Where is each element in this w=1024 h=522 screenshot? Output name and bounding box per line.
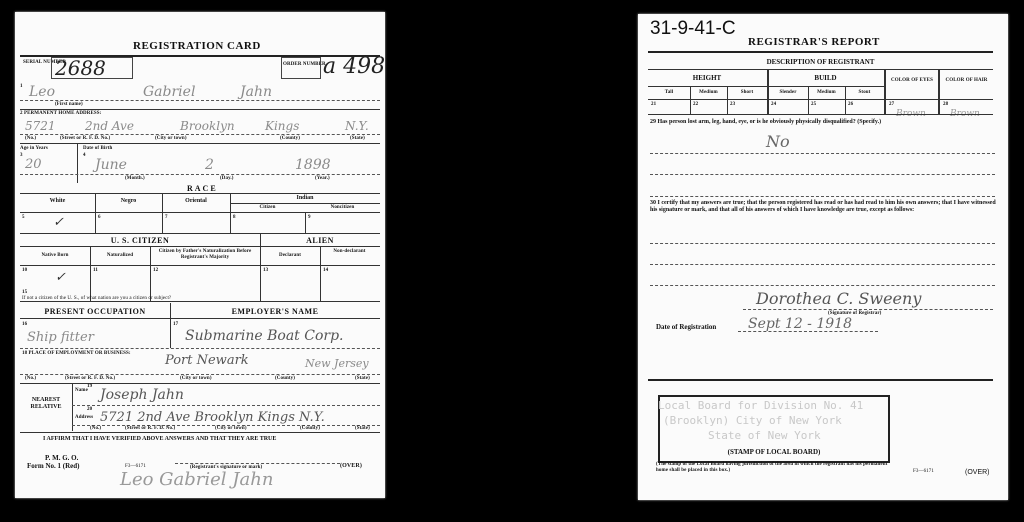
name-sublabel: (First name) bbox=[55, 102, 83, 107]
field-num: 9 bbox=[308, 215, 311, 220]
field-num: 17 bbox=[173, 322, 178, 327]
sublabel: (State) bbox=[355, 376, 370, 381]
build-col: Medium bbox=[808, 90, 845, 95]
nearest-relative-label: NEAREST RELATIVE bbox=[20, 397, 72, 411]
citizen-col: Naturalized bbox=[90, 253, 150, 258]
build-col: Stout bbox=[845, 90, 884, 95]
field-num: 16 bbox=[22, 322, 27, 327]
field-num: 23 bbox=[730, 102, 735, 107]
field-num: 28 bbox=[943, 102, 948, 107]
serial-number: 2688 bbox=[55, 56, 106, 80]
nationality-label: If not a citizen of the U. S., of what n… bbox=[22, 296, 171, 301]
field-num: 19 bbox=[87, 384, 92, 389]
sublabel: (State) bbox=[355, 426, 370, 431]
field-num: 20 bbox=[87, 407, 92, 412]
sublabel: (Year.) bbox=[315, 176, 330, 181]
employment-place-label: 18 PLACE OF EMPLOYMENT OR BUSINESS: bbox=[22, 351, 131, 356]
field-num: 6 bbox=[98, 215, 101, 220]
sublabel: (City or town) bbox=[155, 136, 187, 141]
race-col: Negro bbox=[95, 198, 162, 204]
race-subcol: Noncitizen bbox=[305, 205, 380, 210]
alien-header: ALIEN bbox=[260, 236, 380, 245]
registrars-report-card: 31-9-41-C REGISTRAR'S REPORT DESCRIPTION… bbox=[638, 14, 1008, 500]
race-col: White bbox=[20, 198, 95, 204]
field-num: 7 bbox=[165, 215, 168, 220]
description-header: DESCRIPTION OF REGISTRANT bbox=[648, 58, 993, 66]
field-num: 10 bbox=[22, 268, 27, 273]
race-col: Indian bbox=[230, 195, 380, 201]
dob-year: 1898 bbox=[295, 157, 331, 173]
citizen-col: Native Born bbox=[20, 253, 90, 258]
field-num: 21 bbox=[651, 102, 656, 107]
sublabel: (No.) bbox=[25, 136, 36, 141]
field-num: 14 bbox=[323, 268, 328, 273]
hair-header: COLOR OF HAIR bbox=[940, 78, 993, 84]
white-checkmark: ✓ bbox=[53, 215, 64, 230]
field-num: 4 bbox=[83, 153, 86, 158]
race-subcol: Citizen bbox=[230, 205, 305, 210]
middle-name: Gabriel bbox=[143, 84, 195, 100]
card-title: REGISTRATION CARD bbox=[133, 40, 261, 52]
pmgo-label: P. M. G. O. bbox=[45, 454, 78, 462]
height-col: Tall bbox=[648, 90, 690, 95]
field-num: 26 bbox=[848, 102, 853, 107]
field-num: 25 bbox=[811, 102, 816, 107]
field-num: 1 bbox=[20, 84, 23, 89]
build-header: BUILD bbox=[768, 74, 883, 82]
age-label: Age in Years bbox=[20, 146, 48, 151]
employment-city: Port Newark bbox=[165, 353, 249, 368]
citizen-col: Declarant bbox=[260, 253, 320, 258]
address-street: 2nd Ave bbox=[85, 119, 134, 133]
over-label: (OVER) bbox=[340, 463, 362, 469]
sublabel: (State) bbox=[350, 136, 365, 141]
height-header: HEIGHT bbox=[648, 74, 766, 82]
sublabel: (City or town) bbox=[215, 426, 247, 431]
field-num: 15 bbox=[22, 290, 27, 295]
sublabel: (Month.) bbox=[125, 176, 145, 181]
sublabel: (No.) bbox=[90, 426, 101, 431]
relative-name: Joseph Jahn bbox=[100, 387, 184, 403]
occupation-header: PRESENT OCCUPATION bbox=[20, 307, 170, 316]
relative-name-label: Name bbox=[75, 388, 88, 393]
address-state: N.Y. bbox=[345, 119, 369, 133]
citizen-col: Non-declarant bbox=[327, 249, 372, 255]
address-label: 2 PERMANENT HOME ADDRESS: bbox=[20, 111, 101, 116]
sublabel: (County) bbox=[300, 426, 320, 431]
citizen-header: U. S. CITIZEN bbox=[20, 236, 260, 245]
registrar-signature: Dorothea C. Sweeny bbox=[756, 289, 921, 308]
native-born-checkmark: ✓ bbox=[55, 270, 66, 285]
address-county: Kings bbox=[265, 119, 299, 133]
field-num: 3 bbox=[20, 153, 23, 158]
report-title: REGISTRAR'S REPORT bbox=[748, 36, 880, 48]
serial-number-label: SERIAL NUMBER bbox=[23, 60, 45, 66]
affirm-text: I AFFIRM THAT I HAVE VERIFIED ABOVE ANSW… bbox=[43, 436, 276, 442]
relative-address-label: Address bbox=[75, 415, 93, 420]
race-header: RACE bbox=[187, 184, 218, 193]
date-value: Sept 12 - 1918 bbox=[748, 316, 852, 332]
stamp-label: (STAMP OF LOCAL BOARD) bbox=[658, 448, 890, 456]
registration-card: REGISTRATION CARD SERIAL NUMBER 2688 ORD… bbox=[15, 12, 385, 498]
sublabel: (No.) bbox=[25, 376, 36, 381]
field-num: 12 bbox=[153, 268, 158, 273]
field-num: 27 bbox=[889, 102, 894, 107]
height-col: Medium bbox=[690, 90, 727, 95]
build-col: Slender bbox=[768, 90, 808, 95]
relative-address: 5721 2nd Ave Brooklyn Kings N.Y. bbox=[100, 410, 325, 425]
question-29: 29 Has person lost arm, leg, hand, eye, … bbox=[650, 119, 1000, 126]
sublabel: (Street or R. F. D. No.) bbox=[65, 376, 115, 381]
over-label: (OVER) bbox=[965, 469, 990, 476]
sublabel: (Street or R. F. D. No.) bbox=[60, 136, 110, 141]
first-name: Leo bbox=[29, 84, 55, 100]
stamp-line: State of New York bbox=[708, 429, 821, 442]
dob-month: June bbox=[95, 157, 127, 173]
age-value: 20 bbox=[25, 157, 42, 172]
sublabel: (County) bbox=[275, 376, 295, 381]
field-num: 13 bbox=[263, 268, 268, 273]
stamp-number: 31-9-41-C bbox=[650, 18, 736, 40]
employer-header: EMPLOYER'S NAME bbox=[170, 307, 380, 316]
sublabel: (County) bbox=[280, 136, 300, 141]
eyes-header: COLOR OF EYES bbox=[886, 78, 938, 84]
stamp-line: Local Board for Division No. 41 bbox=[658, 399, 863, 412]
date-label: Date of Registration bbox=[656, 323, 716, 331]
field-num: 22 bbox=[693, 102, 698, 107]
dob-label: Date of Birth bbox=[83, 146, 112, 151]
stamp-line: (Brooklyn) City of New York bbox=[663, 414, 842, 427]
employment-state: New Jersey bbox=[305, 357, 369, 370]
height-col: Short bbox=[727, 90, 767, 95]
order-number: a 498 bbox=[323, 54, 385, 79]
sublabel: (Day.) bbox=[220, 176, 234, 181]
occupation-value: Ship fitter bbox=[27, 330, 94, 345]
registrant-signature: Leo Gabriel Jahn bbox=[120, 469, 273, 490]
form-number: Form No. 1 (Red) bbox=[27, 462, 80, 470]
last-name: Jahn bbox=[240, 84, 272, 100]
address-no: 5721 bbox=[25, 119, 56, 133]
dob-day: 2 bbox=[205, 157, 214, 173]
race-col: Oriental bbox=[162, 198, 230, 204]
sublabel: (Street or R. F. D. No.) bbox=[125, 426, 175, 431]
question-30: 30 I certify that my answers are true; t… bbox=[650, 200, 1000, 214]
field-num: 11 bbox=[93, 268, 98, 273]
citizen-col: Citizen by Father's Naturalization Befor… bbox=[155, 249, 255, 261]
print-code: F3—6171 bbox=[913, 469, 934, 474]
address-city: Brooklyn bbox=[180, 119, 235, 133]
sublabel: (City or town) bbox=[180, 376, 212, 381]
field-num: 24 bbox=[771, 102, 776, 107]
stamp-note: (The stamp of the Local Board having jur… bbox=[656, 462, 896, 474]
field-num: 5 bbox=[22, 215, 25, 220]
question-29-answer: No bbox=[766, 132, 790, 151]
employer-value: Submarine Boat Corp. bbox=[185, 328, 344, 344]
field-num: 8 bbox=[233, 215, 236, 220]
